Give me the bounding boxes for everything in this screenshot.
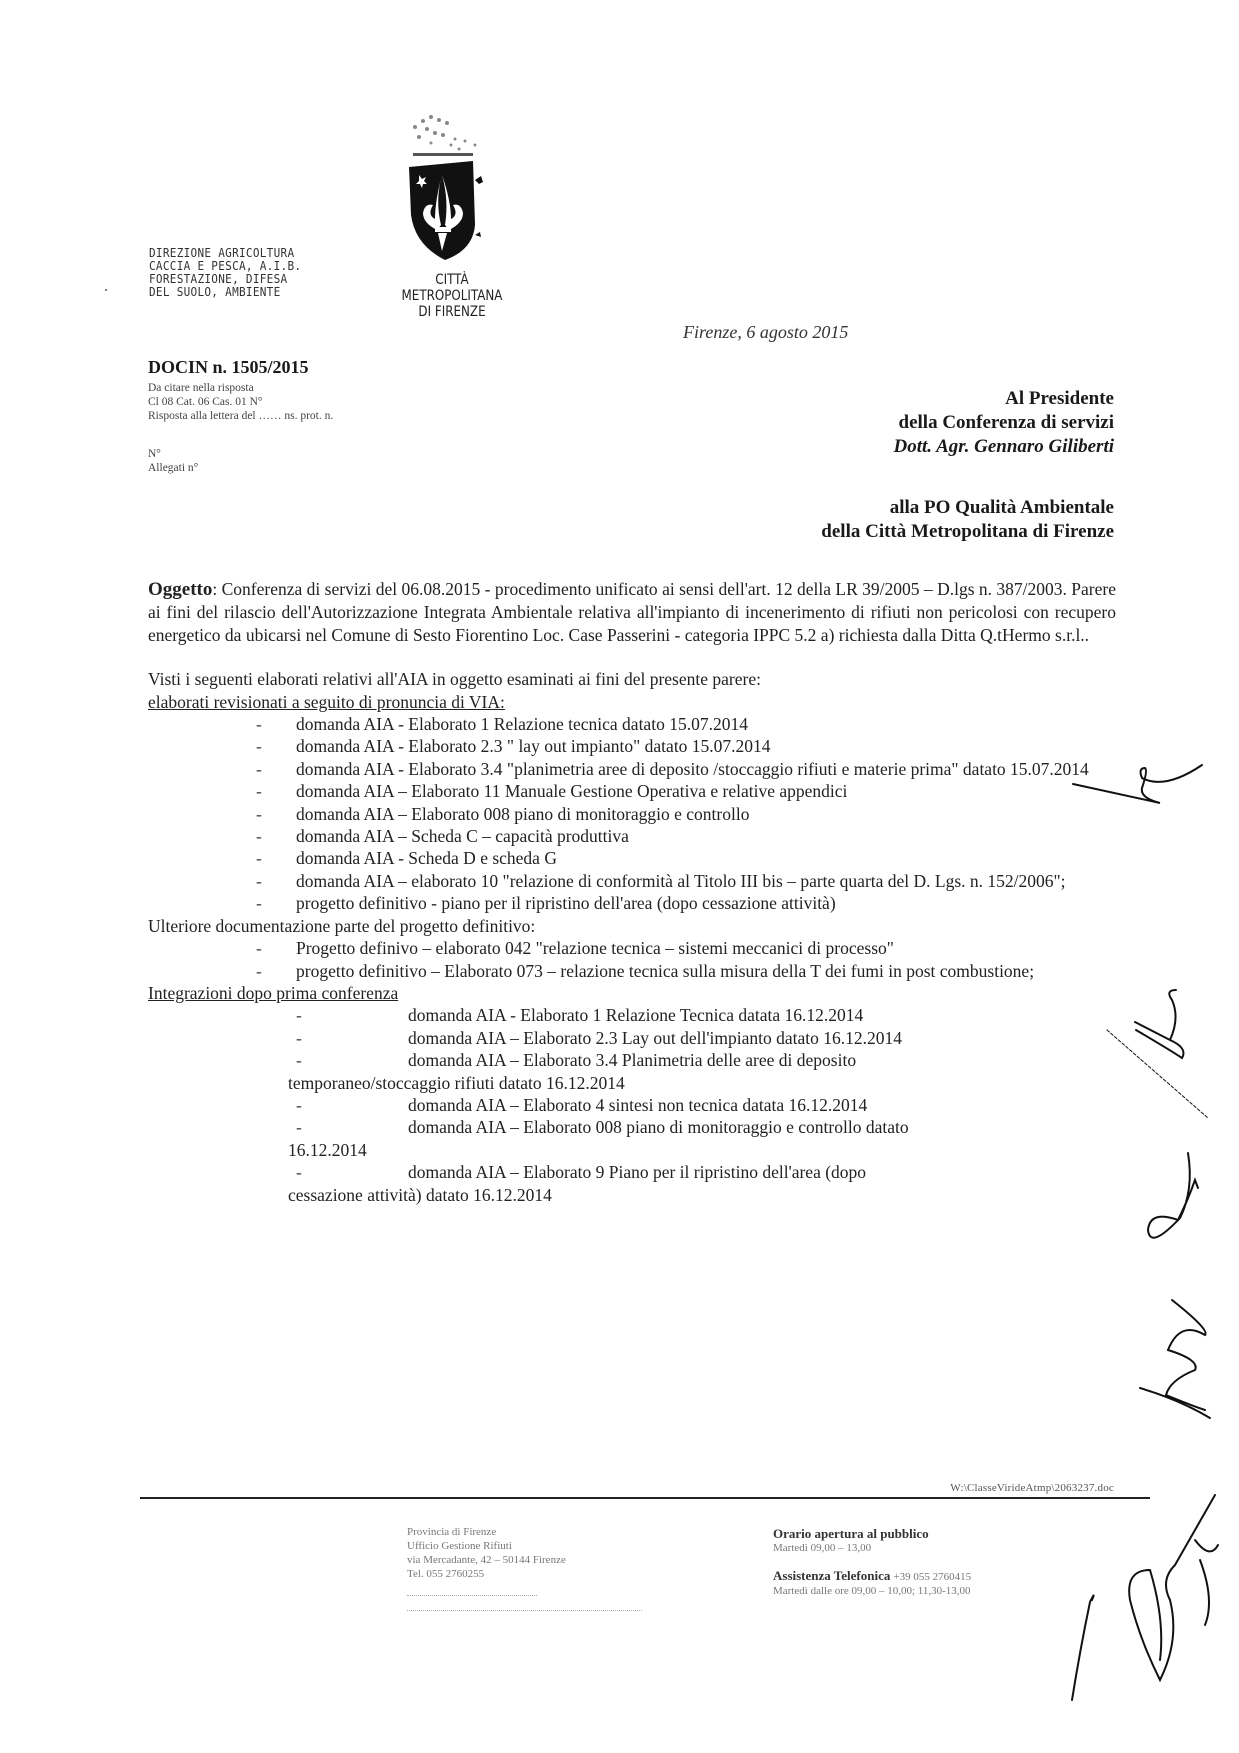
list-item: domanda AIA - Scheda D e scheda G [148, 847, 1116, 869]
list-item: progetto definitivo – Elaborato 073 – re… [148, 960, 1116, 982]
address-line: Ufficio Gestione Rifiuti [407, 1539, 642, 1553]
list-item-continuation: temporaneo/stoccaggio rifiuti datato 16.… [288, 1072, 1116, 1094]
list-item: domanda AIA - Elaborato 3.4 "planimetria… [148, 758, 1116, 780]
phone-number: +39 055 2760415 [893, 1571, 971, 1583]
list-item: domanda AIA – Elaborato 3.4 Planimetria … [148, 1049, 1116, 1094]
list-item: domanda AIA – Elaborato 9 Piano per il r… [148, 1161, 1116, 1206]
illegible-line [407, 1601, 642, 1611]
office-address: Provincia di Firenze Ufficio Gestione Ri… [407, 1525, 642, 1611]
margin-mark [105, 289, 107, 291]
phone-title: Assistenza Telefonica [773, 1568, 890, 1583]
list-item-text: domanda AIA - Elaborato 1 Relazione Tecn… [408, 1005, 863, 1025]
recipient-line: Dott. Agr. Gennaro Giliberti [894, 435, 1114, 459]
phone-hours: Martedì dalle ore 09,00 – 10,00; 11,30-1… [773, 1584, 971, 1598]
protocol-line: Da citare nella risposta [148, 381, 333, 395]
department-name: DIREZIONE AGRICOLTURA CACCIA E PESCA, A.… [149, 247, 305, 299]
protocol-line: N° [148, 447, 198, 461]
list-item-text: domanda AIA – Elaborato 008 piano di mon… [408, 1117, 909, 1137]
list-item: domanda AIA – Elaborato 4 sintesi non te… [148, 1094, 1116, 1116]
city-name: CITTÀ METROPOLITANA DI FIRENZE [384, 272, 520, 320]
section-title: Ulteriore documentazione parte del proge… [148, 915, 1116, 937]
section-title: elaborati revisionati a seguito di pronu… [148, 691, 1116, 713]
city-line: DI FIRENZE [384, 304, 520, 320]
list-item-text: domanda AIA – Elaborato 3.4 Planimetria … [408, 1050, 856, 1070]
protocol-line: Cl 08 Cat. 06 Cas. 01 N° [148, 395, 333, 409]
recipient-block-1: Al Presidente della Conferenza di serviz… [894, 387, 1114, 459]
recipient-line: della Città Metropolitana di Firenze [821, 520, 1114, 544]
list-item-continuation: cessazione attività) datato 16.12.2014 [288, 1184, 1116, 1206]
recipient-line: alla PO Qualità Ambientale [821, 496, 1114, 520]
list-item: progetto definitivo - piano per il ripri… [148, 892, 1116, 914]
department-line: DEL SUOLO, AMBIENTE [149, 286, 305, 299]
protocol-number: DOCIN n. 1505/2015 [148, 357, 309, 378]
address-line: Tel. 055 2760255 [407, 1567, 642, 1581]
file-path: W:\ClasseVirideAtmp\2063237.doc [950, 1482, 1114, 1494]
list-item-text: domanda AIA – Elaborato 9 Piano per il r… [408, 1162, 866, 1182]
recipient-line: della Conferenza di servizi [894, 411, 1114, 435]
city-line: CITTÀ METROPOLITANA [384, 272, 520, 304]
document-list: Progetto definivo – elaborato 042 "relaz… [148, 937, 1116, 982]
recipient-block-2: alla PO Qualità Ambientale della Città M… [821, 496, 1114, 544]
attachments-block: N° Allegati n° [148, 447, 198, 475]
protocol-line: Allegati n° [148, 461, 198, 475]
list-item: domanda AIA – Elaborato 008 piano di mon… [148, 803, 1116, 825]
subject-paragraph: Oggetto: Conferenza di servizi del 06.08… [148, 578, 1116, 646]
hours-title: Orario apertura al pubblico [773, 1526, 929, 1541]
document-list: domanda AIA - Elaborato 1 Relazione tecn… [148, 713, 1116, 915]
section-title: Integrazioni dopo prima conferenza [148, 982, 1116, 1004]
footer-divider [140, 1497, 1150, 1499]
list-item: domanda AIA – Elaborato 11 Manuale Gesti… [148, 780, 1116, 802]
list-item: domanda AIA – Elaborato 008 piano di mon… [148, 1116, 1116, 1161]
list-item: domanda AIA - Elaborato 2.3 " lay out im… [148, 735, 1116, 757]
list-item: domanda AIA - Elaborato 1 Relazione Tecn… [148, 1004, 1116, 1026]
protocol-line: Risposta alla lettera del …… ns. prot. n… [148, 409, 333, 423]
document-list: domanda AIA - Elaborato 1 Relazione Tecn… [148, 1004, 1116, 1206]
list-item-continuation: 16.12.2014 [288, 1139, 1116, 1161]
subject-label: Oggetto [148, 579, 212, 600]
list-item: domanda AIA - Elaborato 1 Relazione tecn… [148, 713, 1116, 735]
hours-value: Martedì 09,00 – 13,00 [773, 1541, 971, 1555]
list-item: Progetto definivo – elaborato 042 "relaz… [148, 937, 1116, 959]
subject-text: : Conferenza di servizi del 06.08.2015 -… [148, 579, 1116, 645]
list-item: domanda AIA – elaborato 10 "relazione di… [148, 870, 1116, 892]
letter-date: Firenze, 6 agosto 2015 [683, 322, 848, 343]
intro-text: Visti i seguenti elaborati relativi all'… [148, 668, 1116, 690]
letter-body: Oggetto: Conferenza di servizi del 06.08… [148, 578, 1116, 1206]
protocol-references: Da citare nella risposta Cl 08 Cat. 06 C… [148, 381, 333, 423]
recipient-line: Al Presidente [894, 387, 1114, 411]
address-line: Provincia di Firenze [407, 1525, 642, 1539]
list-item-text: domanda AIA – Elaborato 2.3 Lay out dell… [408, 1028, 902, 1048]
list-item-text: domanda AIA – Elaborato 4 sintesi non te… [408, 1095, 867, 1115]
illegible-line [407, 1586, 537, 1596]
list-item: domanda AIA – Elaborato 2.3 Lay out dell… [148, 1027, 1116, 1049]
office-hours: Orario apertura al pubblico Martedì 09,0… [773, 1527, 971, 1598]
address-line: via Mercadante, 42 – 50144 Firenze [407, 1553, 642, 1567]
list-item: domanda AIA – Scheda C – capacità produt… [148, 825, 1116, 847]
florence-lily-coat-of-arms-icon [375, 105, 525, 265]
